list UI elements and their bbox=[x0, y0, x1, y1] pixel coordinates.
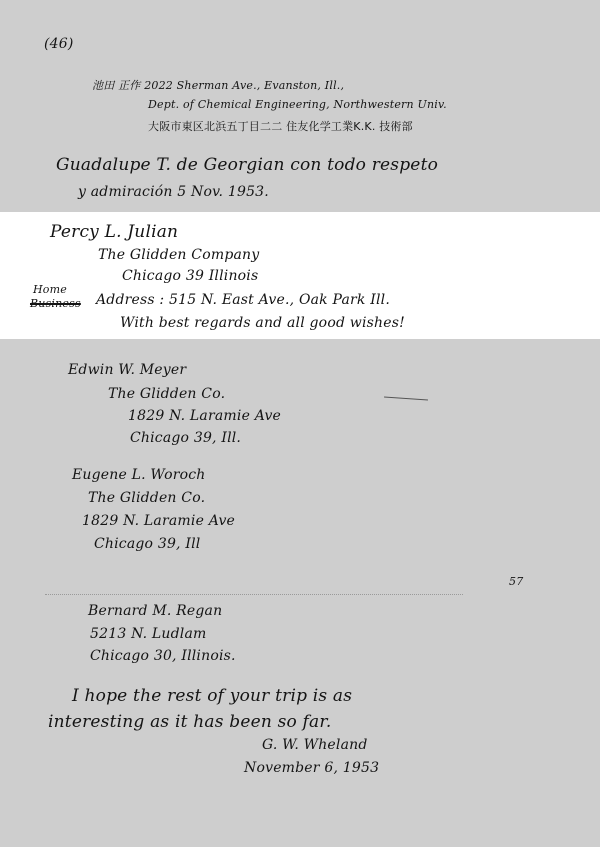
entry-line: 1829 N. Laramie Ave bbox=[82, 513, 235, 529]
correction-inserted: Home bbox=[33, 283, 67, 296]
entry-line: 池田 正作 2022 Sherman Ave., Evanston, Ill., bbox=[92, 77, 344, 93]
entry-line: The Glidden Co. bbox=[88, 490, 205, 506]
entry-line: The Glidden Co. bbox=[108, 386, 225, 402]
correction-struck: Business bbox=[30, 297, 81, 310]
entry-line: interesting as it has been so far. bbox=[48, 712, 331, 732]
entry-line: Chicago 39, Ill bbox=[94, 536, 200, 552]
entry-line: y admiración 5 Nov. 1953. bbox=[78, 184, 269, 200]
entry-line: Chicago 30, Illinois. bbox=[90, 648, 236, 664]
entry-line: Edwin W. Meyer bbox=[68, 362, 186, 378]
entry-line: Address : 515 N. East Ave., Oak Park Ill… bbox=[96, 292, 390, 308]
entry-line: 1829 N. Laramie Ave bbox=[128, 408, 281, 424]
page-separator bbox=[45, 594, 463, 595]
entry-line: Dept. of Chemical Engineering, Northwest… bbox=[148, 98, 447, 111]
signature: G. W. Wheland bbox=[262, 737, 368, 753]
entry-line: With best regards and all good wishes! bbox=[120, 315, 405, 331]
entry-line: 大阪市東区北浜五丁目二二 住友化学工業K.K. 技術部 bbox=[148, 118, 413, 134]
entry-line: Guadalupe T. de Georgian con todo respet… bbox=[56, 155, 438, 175]
page-number-right: 57 bbox=[509, 575, 523, 588]
page-number-top: (46) bbox=[44, 36, 74, 52]
entry-line: I hope the rest of your trip is as bbox=[72, 686, 352, 706]
entry-line: Percy L. Julian bbox=[50, 222, 178, 242]
stray-pen-mark bbox=[384, 396, 428, 400]
entry-line: Eugene L. Woroch bbox=[72, 467, 205, 483]
date: November 6, 1953 bbox=[244, 760, 379, 776]
entry-line: The Glidden Company bbox=[98, 247, 259, 263]
entry-line: Chicago 39 Illinois bbox=[122, 268, 258, 284]
entry-line: Chicago 39, Ill. bbox=[130, 430, 241, 446]
entry-line: 5213 N. Ludlam bbox=[90, 626, 207, 642]
entry-line: Bernard M. Regan bbox=[88, 603, 222, 619]
